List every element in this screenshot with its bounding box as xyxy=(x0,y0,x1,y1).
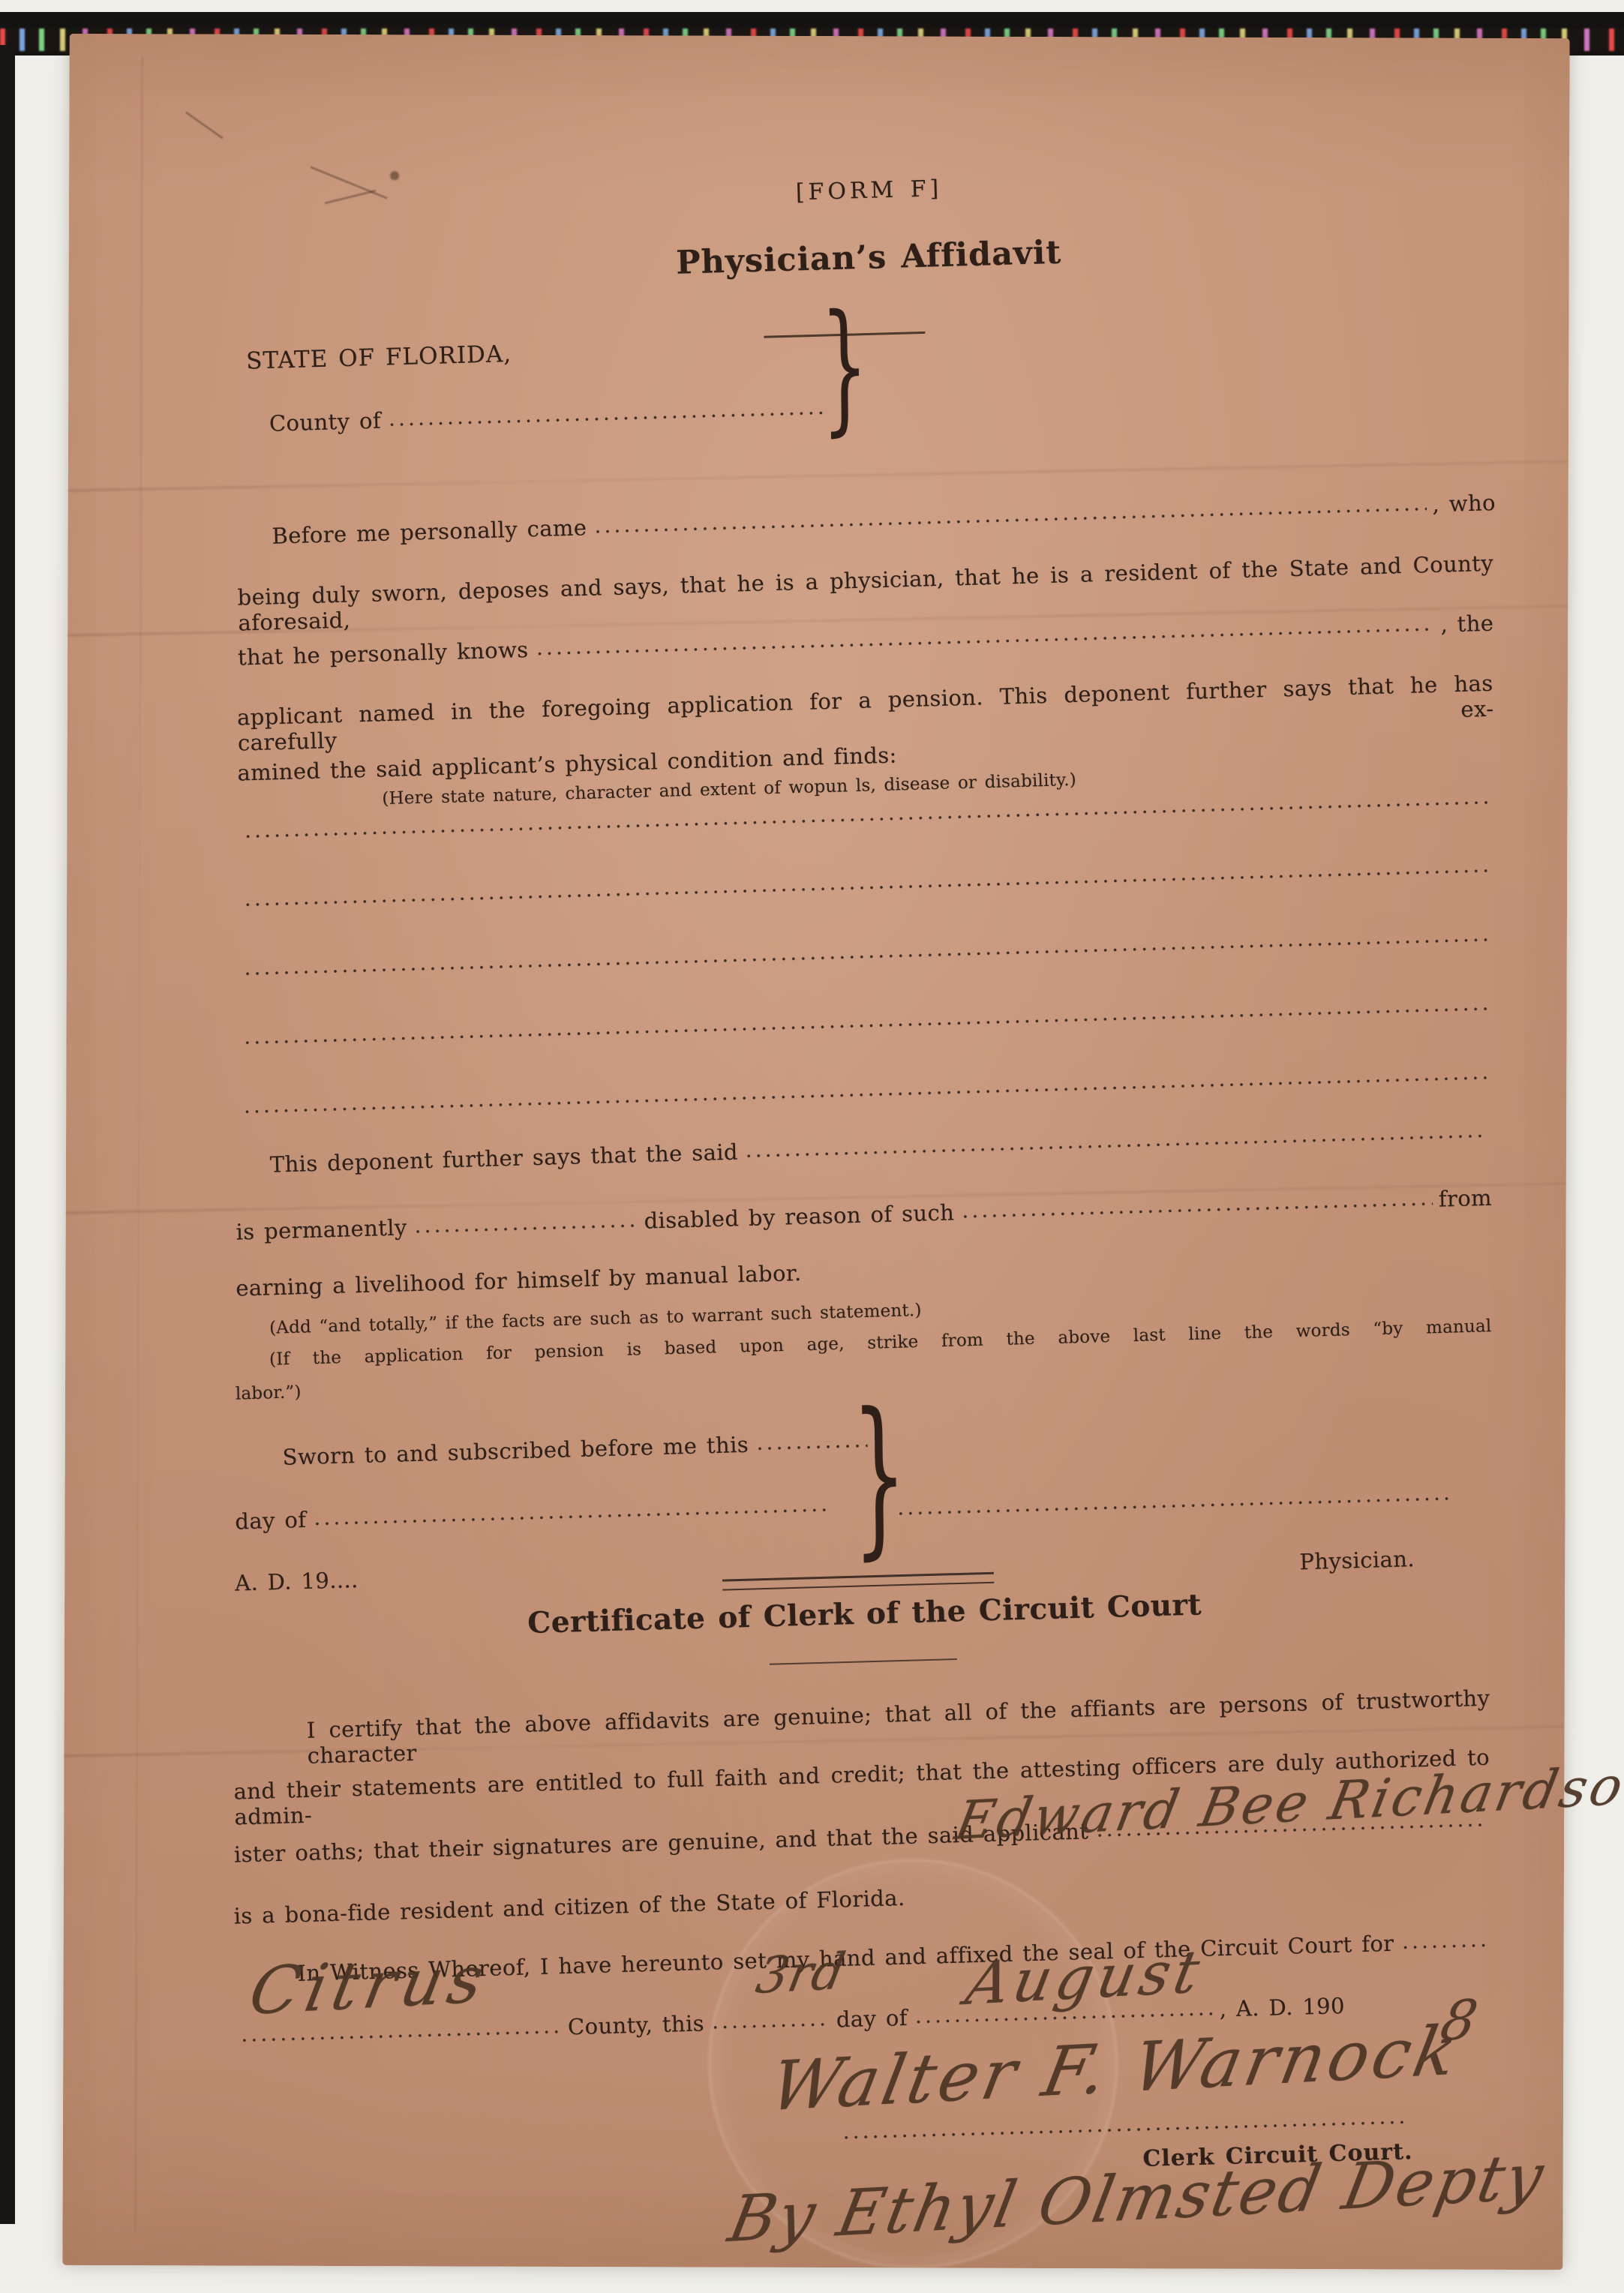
permanently-text: is permanently xyxy=(236,1214,407,1244)
came-suffix: , who xyxy=(1432,490,1496,517)
permanently-blank xyxy=(413,1224,638,1233)
county-name-blank xyxy=(239,2030,562,2042)
day-blank xyxy=(710,2023,830,2029)
knows-suffix: , the xyxy=(1440,611,1494,638)
add-totally-note: (Add “and totally,” if the facts are suc… xyxy=(269,1301,922,1338)
handwritten-county: Citrus xyxy=(244,1941,496,2030)
knows-text: that he personally knows xyxy=(237,637,528,671)
deponent-text: This deponent further says that the said xyxy=(269,1139,738,1178)
blank-row xyxy=(237,869,1497,914)
certificate-heading: Certificate of Clerk of the Circuit Cour… xyxy=(238,1580,1491,1649)
knows-blank xyxy=(535,628,1435,656)
day-of-blank xyxy=(312,1508,829,1526)
state-line: STATE OF FLORIDA, xyxy=(246,341,512,375)
day-of-text: day of xyxy=(235,1507,307,1535)
ink-smudge xyxy=(185,111,224,139)
document-paper: [FORM F] Physician’s Affidavit STATE OF … xyxy=(62,34,1569,2270)
witness-blank xyxy=(1400,1943,1486,1949)
scanned-page: [FORM F] Physician’s Affidavit STATE OF … xyxy=(0,0,1624,2293)
physician-signature-blank xyxy=(890,1496,1460,1522)
blank-dots xyxy=(243,938,1490,976)
reason-blank xyxy=(960,1202,1433,1218)
handwritten-day: 3rd xyxy=(752,1942,850,2005)
ink-smudge xyxy=(390,171,399,180)
came-text: Before me personally came xyxy=(272,515,587,548)
fold-crease xyxy=(68,460,1568,491)
form-tag: [FORM F] xyxy=(242,161,1495,221)
handwritten-month: August xyxy=(961,1938,1209,2019)
came-line: Before me personally came , who xyxy=(272,490,1496,549)
blank-dots xyxy=(242,1007,1490,1045)
day-of-line: day of xyxy=(235,1493,836,1535)
cert-day-of-text: day of xyxy=(836,2005,908,2033)
brace-icon: } xyxy=(820,296,869,440)
blank-row xyxy=(236,1007,1496,1052)
blank-dots xyxy=(242,1076,1490,1114)
permanently-line: is permanently disabled by reason of suc… xyxy=(236,1185,1492,1245)
fold-crease-vertical xyxy=(134,56,143,2231)
scan-artifact-left-bar xyxy=(0,45,15,2224)
deponent-blank xyxy=(744,1134,1487,1157)
county-of-label: County of xyxy=(269,408,381,437)
page-title: Physician’s Affidavit xyxy=(242,222,1496,294)
blank-dots xyxy=(243,869,1490,907)
deponent-line: This deponent further says that the said xyxy=(269,1118,1493,1178)
brace-icon: } xyxy=(851,1389,908,1562)
county-line: County of xyxy=(269,395,832,437)
county-this-text: County, this xyxy=(568,2010,705,2039)
sworn-before-line: Sworn to and subscribed before me this xyxy=(282,1430,838,1470)
certificate-heading-rule xyxy=(770,1658,957,1665)
month-blank xyxy=(914,2012,1214,2024)
from-text: from xyxy=(1438,1185,1492,1212)
county-blank xyxy=(387,411,826,426)
came-blank xyxy=(593,508,1426,533)
sworn-day-blank xyxy=(755,1444,867,1450)
physician-blank-dots xyxy=(896,1497,1454,1515)
age-note-cont: labor.”) xyxy=(236,1382,302,1403)
blank-row xyxy=(237,938,1497,983)
ad-19-line: A. D. 19.... xyxy=(235,1567,359,1595)
sworn-before-text: Sworn to and subscribed before me this xyxy=(282,1432,749,1470)
blank-row xyxy=(236,1076,1496,1121)
earning-line: earning a livelihood for himself by manu… xyxy=(236,1260,802,1301)
disabled-text: disabled by reason of such xyxy=(644,1199,955,1233)
